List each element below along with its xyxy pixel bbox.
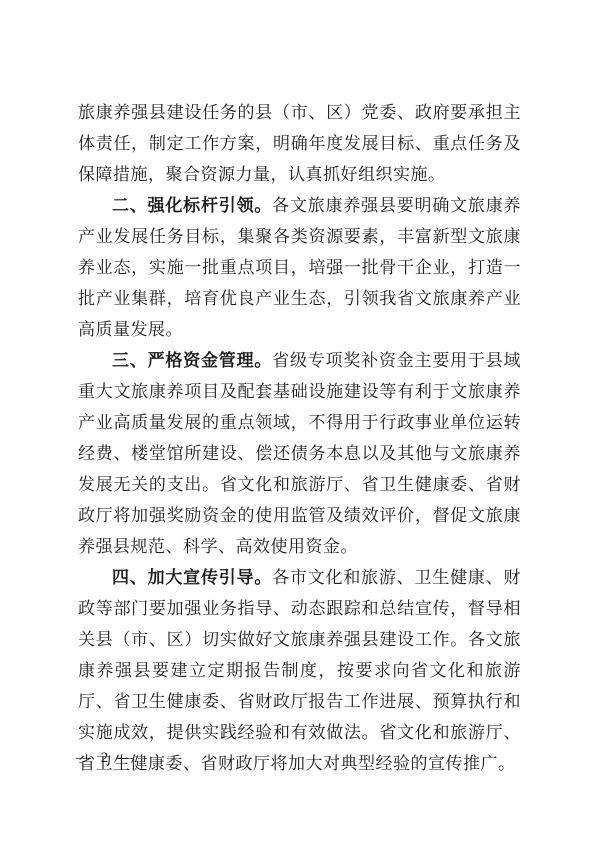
paragraph-section-2: 二、强化标杆引领。各文旅康养强县要明确文旅康养产业发展任务目标，集聚各类资源要素… [78, 190, 521, 345]
paragraph-section-3: 三、严格资金管理。省级专项奖补资金主要用于县域重大文旅康养项目及配套基础设施建设… [78, 345, 521, 562]
paragraph-text: 各市文化和旅游、卫生健康、财政等部门要加强业务指导、动态跟踪和总结宣传，督导相关… [78, 568, 521, 773]
paragraph-text: 旅康养强县建设任务的县（市、区）党委、政府要承担主体责任，制定工作方案，明确年度… [78, 103, 521, 184]
section-heading-4: 四、加大宣传引导。 [112, 568, 272, 587]
paragraph-text: 各文旅康养强县要明确文旅康养产业发展任务目标，集聚各类资源要素，丰富新型文旅康养… [78, 196, 521, 339]
section-heading-2: 二、强化标杆引领。 [112, 196, 272, 215]
section-heading-3: 三、严格资金管理。 [112, 351, 272, 370]
document-page: 旅康养强县建设任务的县（市、区）党委、政府要承担主体责任，制定工作方案，明确年度… [0, 0, 596, 842]
paragraph-continuation: 旅康养强县建设任务的县（市、区）党委、政府要承担主体责任，制定工作方案，明确年度… [78, 97, 521, 190]
paragraph-text: 省级专项奖补资金主要用于县域重大文旅康养项目及配套基础设施建设等有利于文旅康养产… [78, 351, 521, 556]
page-number: — 2 — [76, 750, 136, 767]
paragraph-section-4: 四、加大宣传引导。各市文化和旅游、卫生健康、财政等部门要加强业务指导、动态跟踪和… [78, 562, 521, 779]
document-body: 旅康养强县建设任务的县（市、区）党委、政府要承担主体责任，制定工作方案，明确年度… [78, 97, 521, 779]
